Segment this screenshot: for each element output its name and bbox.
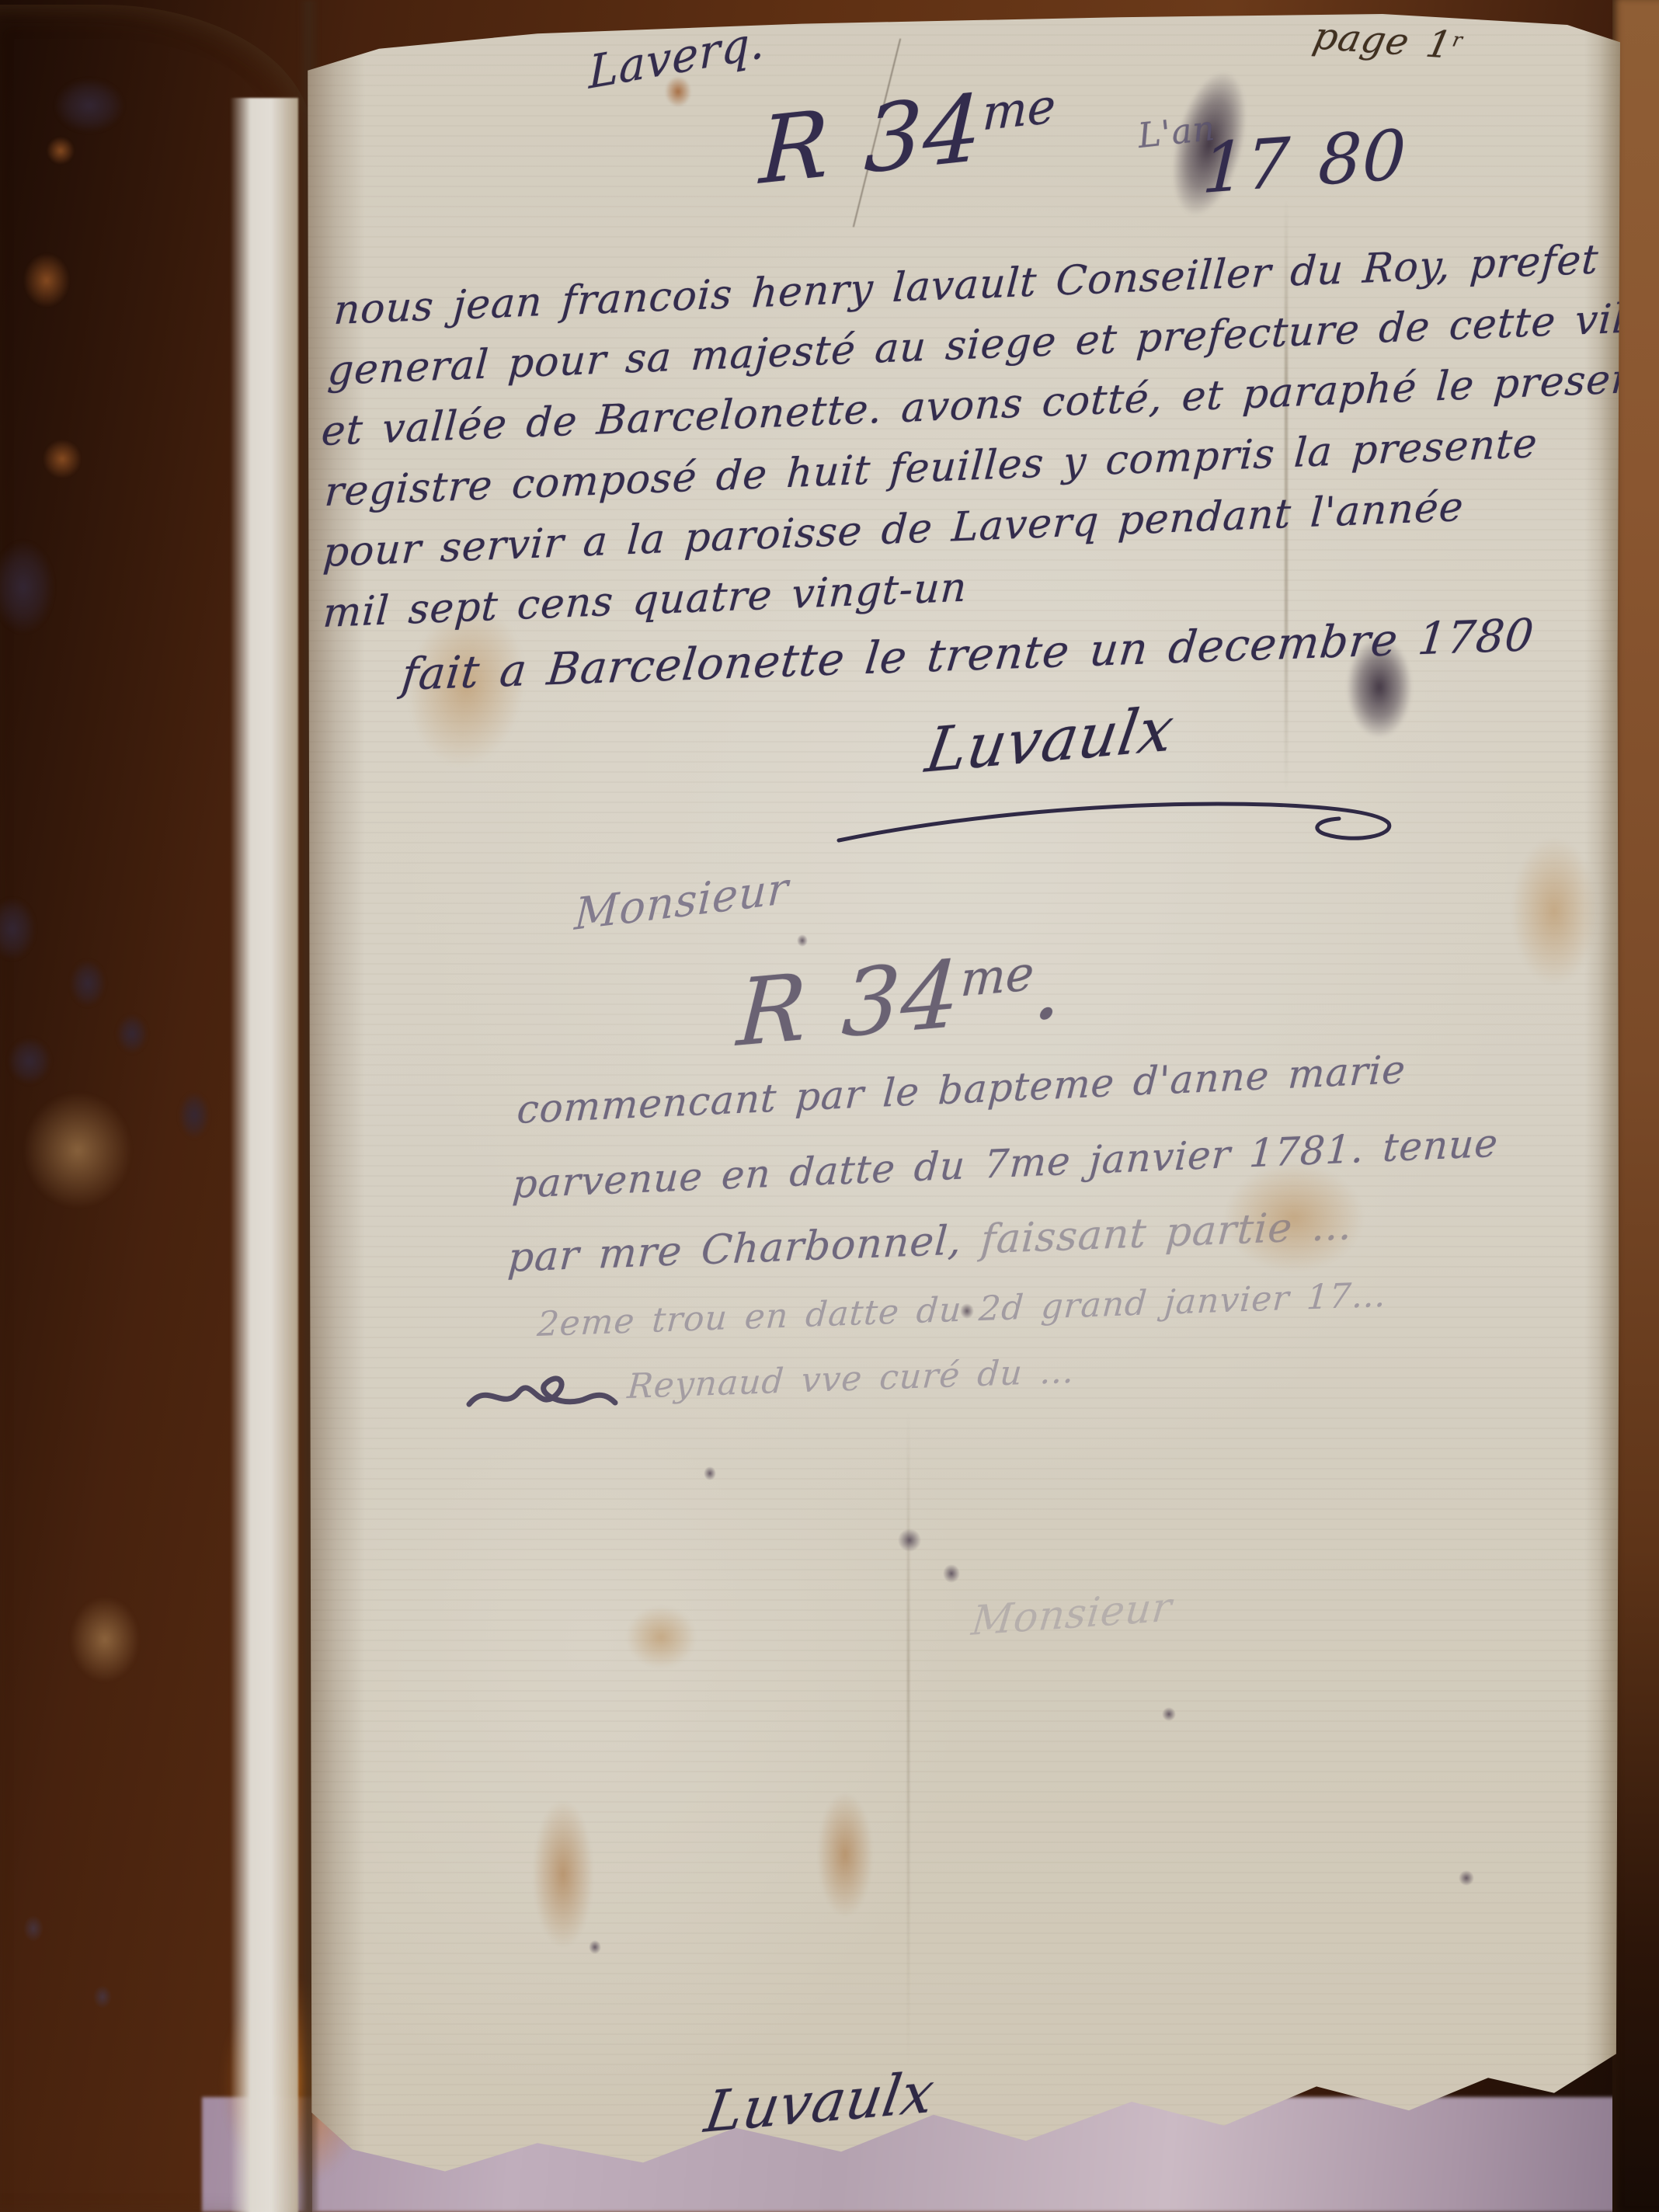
register-page: Laverq. R 34me L'an 17 80 page 1r nous j… bbox=[300, 14, 1620, 2189]
year-value: 17 80 bbox=[1201, 114, 1408, 209]
stain bbox=[1511, 837, 1597, 985]
stain bbox=[817, 1793, 873, 1917]
book-cover-edge-right bbox=[1612, 0, 1659, 2212]
ink-scribble bbox=[464, 1358, 620, 1428]
stain bbox=[54, 78, 124, 133]
photograph-of-parish-register: Laverq. R 34me L'an 17 80 page 1r nous j… bbox=[0, 0, 1659, 2212]
stain bbox=[1459, 1870, 1474, 1886]
register-number-2-punct: . bbox=[1031, 930, 1066, 1042]
stain bbox=[1162, 1707, 1176, 1721]
stain bbox=[0, 541, 54, 634]
stain bbox=[70, 960, 106, 1007]
stain bbox=[898, 1529, 921, 1552]
stain bbox=[589, 1940, 601, 1954]
stain bbox=[704, 1466, 716, 1480]
vertical-crease bbox=[907, 1412, 909, 2064]
book-page-stack-left bbox=[0, 5, 312, 2212]
stain bbox=[797, 934, 808, 947]
stain bbox=[23, 253, 70, 308]
stain bbox=[179, 1092, 210, 1139]
stain bbox=[626, 1606, 696, 1668]
register-number-2-sup: me bbox=[959, 946, 1035, 1008]
register-number-sup: me bbox=[982, 78, 1056, 142]
stain bbox=[93, 1985, 112, 2009]
stain bbox=[43, 440, 82, 478]
register-number-2-main: R 34 bbox=[735, 940, 963, 1067]
stain bbox=[943, 1564, 960, 1583]
signature-flourish bbox=[836, 791, 1410, 853]
stain bbox=[117, 1014, 148, 1053]
stain bbox=[23, 1092, 132, 1209]
stain bbox=[533, 1800, 593, 1948]
stain bbox=[47, 137, 75, 165]
stain bbox=[23, 1915, 43, 1942]
stain bbox=[70, 1597, 140, 1682]
stain bbox=[8, 1038, 51, 1084]
stain bbox=[0, 898, 36, 960]
folded-page-edge bbox=[230, 98, 298, 2212]
